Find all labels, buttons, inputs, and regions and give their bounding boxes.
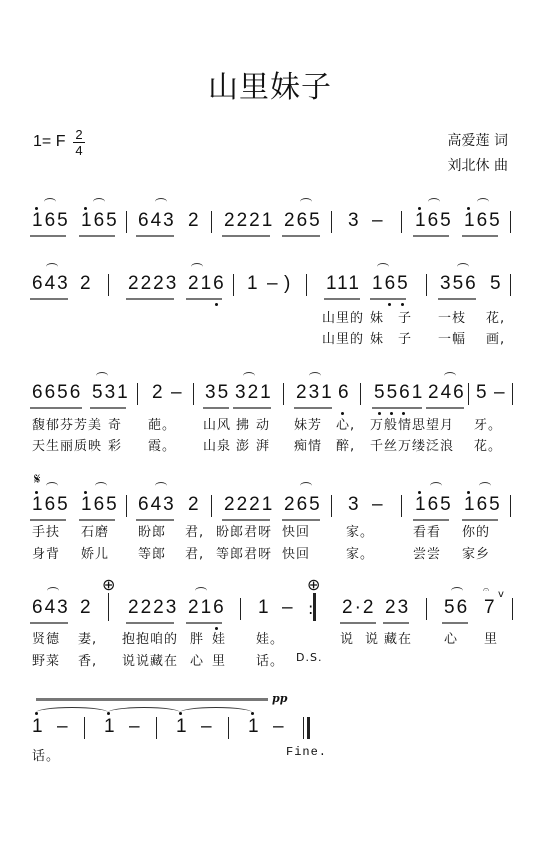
slur-icon xyxy=(46,482,58,490)
lyric: 山泉 xyxy=(203,435,231,454)
composer-credit: 刘北休 曲 xyxy=(448,155,508,175)
final-barline-thick xyxy=(307,717,310,739)
note-group: 6656 xyxy=(32,382,82,404)
lyric: 贤德 xyxy=(32,628,60,647)
high-octave-dot xyxy=(251,712,254,715)
lyric: 澎 xyxy=(236,435,250,454)
slur-icon xyxy=(155,198,167,206)
lyric: 说 xyxy=(365,628,379,647)
note: 7 xyxy=(484,597,497,619)
time-sig-top: 2 xyxy=(75,127,82,142)
note-group: 231 xyxy=(296,382,334,404)
beam xyxy=(340,622,376,624)
lyric: 等郎君呀 xyxy=(216,543,272,562)
beam xyxy=(413,235,449,237)
lyric: 看看 xyxy=(413,521,441,540)
note-group: 165 xyxy=(81,210,119,232)
slur-icon xyxy=(300,198,312,206)
lyric: 快回 xyxy=(282,543,310,562)
barline xyxy=(401,495,402,517)
lyric: 藏在 xyxy=(384,628,412,647)
lyric: 说说藏在 xyxy=(122,650,178,669)
slur-icon xyxy=(44,198,56,206)
dash: – xyxy=(57,716,70,738)
note-group: 165 xyxy=(32,210,70,232)
score-row-5: 643 2 2223 216 1 – : 2·2 23 56 𝄐 7 v xyxy=(0,597,540,627)
lyric: 盼郎君呀 xyxy=(216,521,272,540)
beam xyxy=(30,298,68,300)
note-group: 35 xyxy=(205,382,230,404)
dash: – xyxy=(201,716,214,738)
note-group: 643 xyxy=(138,494,176,516)
lyric: 君, xyxy=(185,543,204,562)
barline xyxy=(156,717,157,739)
note: 2 xyxy=(188,210,201,232)
note-group: 643 xyxy=(32,597,70,619)
high-octave-dot xyxy=(179,712,182,715)
barline xyxy=(331,211,332,233)
barline xyxy=(126,211,127,233)
lyric: 痴情 xyxy=(294,435,322,454)
dash: – xyxy=(171,382,184,404)
paren-close: ) xyxy=(284,273,292,295)
lyric: 野菜 xyxy=(32,650,60,669)
lyric: 胖 xyxy=(190,628,204,647)
lyric: 快回 xyxy=(282,521,310,540)
score-row-3: 6656 531 2 – 35 321 231 6 5561 246 5 – xyxy=(0,382,540,412)
score-row-2: 643 2 2223 216 1 – ) 111 165 356 5 xyxy=(0,273,540,303)
beam xyxy=(79,235,115,237)
lyric: 里 xyxy=(484,628,498,647)
barline xyxy=(137,383,138,405)
note: 1 xyxy=(247,273,260,295)
note-group: 216 xyxy=(188,273,226,295)
note: 1 xyxy=(104,716,117,738)
beam xyxy=(203,407,229,409)
lyric: 葩。 xyxy=(148,414,176,433)
slur-icon xyxy=(309,372,321,380)
lyric: 香, xyxy=(78,650,97,669)
low-octave-dot xyxy=(215,303,218,306)
note-group: 111 xyxy=(326,273,361,295)
lyric: 说 xyxy=(340,628,354,647)
dash: – xyxy=(273,716,286,738)
lyricist-credit: 高爱莲 词 xyxy=(448,130,508,150)
lyric: 动 xyxy=(256,414,270,433)
beam xyxy=(370,298,406,300)
slur-icon xyxy=(47,587,59,595)
beam xyxy=(442,622,468,624)
beam xyxy=(30,407,82,409)
note: 6 xyxy=(338,382,351,404)
beam xyxy=(324,298,360,300)
slur-icon xyxy=(451,587,463,595)
lyric: 君, xyxy=(185,521,204,540)
note-group: 643 xyxy=(138,210,176,232)
note-group: 2223 xyxy=(128,597,178,619)
beam xyxy=(462,235,498,237)
lyric: 牙。 xyxy=(474,414,502,433)
lyric: 话。 xyxy=(256,650,284,669)
beam xyxy=(90,407,126,409)
note-group: 2221 xyxy=(224,494,274,516)
slur-icon xyxy=(300,482,312,490)
time-sig-bottom: 4 xyxy=(75,143,82,158)
note: 2 xyxy=(80,273,93,295)
lyric: 抱抱咱的 xyxy=(122,628,178,647)
lyric: 妹 xyxy=(370,328,384,347)
fermata-icon: 𝄐 xyxy=(483,583,489,597)
segno-icon: 𝄋 xyxy=(34,470,40,488)
slur-icon xyxy=(195,587,207,595)
lyric: 湃 xyxy=(256,435,270,454)
slur-icon xyxy=(430,482,442,490)
barline xyxy=(228,717,229,739)
note-group: 356 xyxy=(440,273,478,295)
note-group: 165 xyxy=(415,494,453,516)
key-signature: 1= F xyxy=(33,133,65,151)
note-group: 531 xyxy=(92,382,130,404)
beam xyxy=(30,622,68,624)
note: 1 xyxy=(258,597,271,619)
slur-icon xyxy=(428,198,440,206)
lyric: 等郎 xyxy=(138,543,166,562)
lyric: 山里的 xyxy=(322,307,364,326)
slur-icon xyxy=(479,482,491,490)
note-group: 265 xyxy=(284,210,322,232)
dash: – xyxy=(494,382,507,404)
lyric: 盼郎 xyxy=(138,521,166,540)
slur-icon xyxy=(155,482,167,490)
barline xyxy=(233,274,234,296)
beam xyxy=(282,235,320,237)
lyric: 娃 xyxy=(212,628,226,647)
lyric: 彩 xyxy=(108,435,122,454)
note: 2 xyxy=(152,382,165,404)
dash: – xyxy=(267,273,280,295)
lyric: 话。 xyxy=(32,745,60,764)
repeat-barline xyxy=(313,593,316,621)
low-octave-dot xyxy=(388,303,391,306)
dash: – xyxy=(282,597,295,619)
barline xyxy=(108,274,109,296)
barline xyxy=(360,383,361,405)
beam xyxy=(126,622,174,624)
barline xyxy=(126,495,127,517)
breath-mark-icon: v xyxy=(498,589,504,600)
fine-marking: Fine. xyxy=(286,745,327,759)
note: 3 xyxy=(348,494,361,516)
barline xyxy=(426,274,427,296)
note-group: 5561 xyxy=(374,382,424,404)
lyric: 心 xyxy=(190,650,204,669)
note: 5 xyxy=(476,382,489,404)
note-group: 165 xyxy=(32,494,70,516)
lyric: 奇 xyxy=(108,414,122,433)
note-group: 216 xyxy=(188,597,226,619)
barline xyxy=(510,274,511,296)
lyric: 妹芳 xyxy=(294,414,322,433)
barline xyxy=(211,495,212,517)
note: 1 xyxy=(248,716,261,738)
beam xyxy=(136,235,174,237)
lyric: 你的 xyxy=(462,521,490,540)
barline xyxy=(84,717,85,739)
lyric: 万般情思望月 xyxy=(370,414,454,433)
barline xyxy=(211,211,212,233)
barline xyxy=(512,598,513,620)
note-group: 56 xyxy=(444,597,469,619)
lyric: 馥郁芬芳美 xyxy=(32,414,102,433)
lyric: 尝尝 xyxy=(413,543,441,562)
beam xyxy=(186,622,222,624)
score-row-1: 165 165 643 2 2221 265 3 – 165 165 xyxy=(0,210,540,240)
coda-icon: ⊕ xyxy=(307,575,320,594)
note: 1 xyxy=(32,716,45,738)
slur-icon xyxy=(457,263,469,271)
low-octave-dot xyxy=(401,303,404,306)
beam xyxy=(233,407,271,409)
slur-icon xyxy=(93,198,105,206)
lyric: 手扶 xyxy=(32,521,60,540)
beam xyxy=(438,298,476,300)
lyric: 心 xyxy=(444,628,458,647)
lyric: 霞。 xyxy=(148,435,176,454)
lyric: 花。 xyxy=(474,435,502,454)
note: 3 xyxy=(348,210,361,232)
lyric: 里 xyxy=(212,650,226,669)
barline xyxy=(510,211,511,233)
note-group: 23 xyxy=(385,597,410,619)
note-group: 165 xyxy=(464,210,502,232)
beam xyxy=(372,407,422,409)
barline xyxy=(306,274,307,296)
note: 2 xyxy=(80,597,93,619)
lyric: 天生丽质映 xyxy=(32,435,102,454)
barline xyxy=(331,495,332,517)
beam xyxy=(222,235,270,237)
note-group: 643 xyxy=(32,273,70,295)
lyric: 家乡 xyxy=(462,543,490,562)
beam xyxy=(186,298,222,300)
ds-marking: D.S. xyxy=(296,651,322,664)
slur-icon xyxy=(191,263,203,271)
barline xyxy=(283,383,284,405)
high-octave-dot xyxy=(35,712,38,715)
final-barline xyxy=(303,717,304,739)
score-row-6: 1 – 1 – 1 – 1 – xyxy=(0,716,540,746)
lyric: 千丝万缕泛浪 xyxy=(370,435,454,454)
note-group: 321 xyxy=(235,382,273,404)
barline xyxy=(512,383,513,405)
beam xyxy=(383,622,409,624)
note: 5 xyxy=(490,273,503,295)
lyric: 花, xyxy=(486,307,505,326)
lyric: 石磨 xyxy=(81,521,109,540)
lyric: 山里的 xyxy=(322,328,364,347)
note-group: 265 xyxy=(284,494,322,516)
slur-icon xyxy=(444,372,456,380)
song-title: 山里妹子 xyxy=(0,62,540,106)
note: 2 xyxy=(188,494,201,516)
note-group: 165 xyxy=(81,494,119,516)
lyric: 身背 xyxy=(32,543,60,562)
slur-icon xyxy=(243,372,255,380)
lyric: 家。 xyxy=(346,521,374,540)
decrescendo-line xyxy=(36,698,268,701)
note-group: 246 xyxy=(428,382,466,404)
note: 1 xyxy=(176,716,189,738)
lyric: 拂 xyxy=(236,414,250,433)
barline xyxy=(108,593,109,621)
note-group: 165 xyxy=(372,273,410,295)
note-group: 2·2 xyxy=(342,597,375,619)
lyric: 画, xyxy=(486,328,505,347)
barline xyxy=(193,383,194,405)
slur-icon xyxy=(477,198,489,206)
note-group: 2223 xyxy=(128,273,178,295)
barline xyxy=(510,495,511,517)
note-group: 165 xyxy=(464,494,502,516)
lyric: 妻, xyxy=(78,628,97,647)
lyric: 妹 xyxy=(370,307,384,326)
score-row-4: 165 165 643 2 2221 265 3 – 165 165 xyxy=(0,494,540,524)
lyric: 醉, xyxy=(336,435,355,454)
lyric: 子 xyxy=(398,328,412,347)
slur-icon xyxy=(46,263,58,271)
lyric: 山风 xyxy=(203,414,231,433)
dynamic-marking: pp xyxy=(272,692,287,705)
note-group: 2221 xyxy=(224,210,274,232)
beam xyxy=(30,235,66,237)
slur-icon xyxy=(377,263,389,271)
note-group: 165 xyxy=(415,210,453,232)
dash: – xyxy=(129,716,142,738)
lyric: 一幅 xyxy=(438,328,466,347)
slur-icon xyxy=(95,482,107,490)
dash: – xyxy=(372,210,385,232)
lyric: 娃。 xyxy=(256,628,284,647)
barline xyxy=(401,211,402,233)
dash: – xyxy=(372,494,385,516)
barline xyxy=(468,383,469,405)
lyric: 心, xyxy=(336,414,355,433)
high-octave-dot xyxy=(107,712,110,715)
lyric: 家。 xyxy=(346,543,374,562)
beam xyxy=(126,298,174,300)
lyric: 娇儿 xyxy=(81,543,109,562)
slur-icon xyxy=(96,372,108,380)
coda-icon: ⊕ xyxy=(102,575,115,594)
lyric: 一枝 xyxy=(438,307,466,326)
barline xyxy=(240,598,241,620)
beam xyxy=(426,407,464,409)
time-signature: 2 4 xyxy=(73,128,85,157)
beam xyxy=(294,407,332,409)
barline xyxy=(426,598,427,620)
lyric: 子 xyxy=(398,307,412,326)
